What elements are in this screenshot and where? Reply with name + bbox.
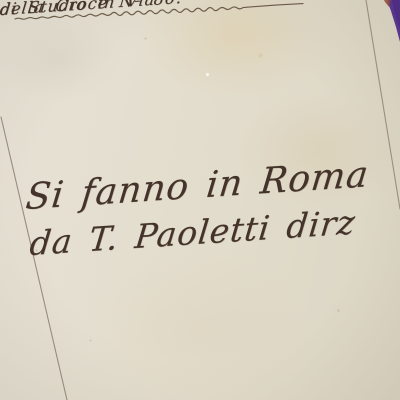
right-rule-line: [366, 0, 400, 209]
manuscript-photo: Si fanno in Roma da T. Paoletti dirz di …: [0, 0, 400, 400]
